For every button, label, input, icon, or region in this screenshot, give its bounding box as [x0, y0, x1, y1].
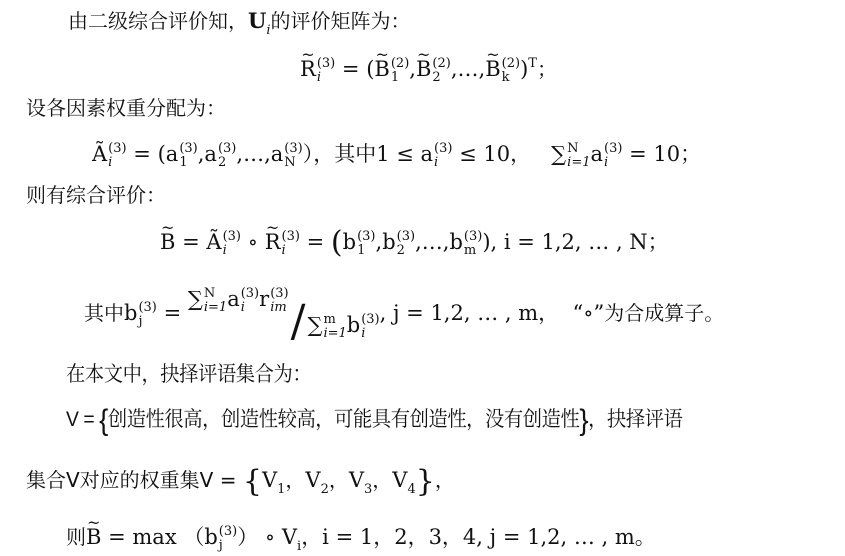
weight-intro: 设各因素权重分配为： [26, 98, 226, 118]
composite-intro: 则有综合评价： [26, 185, 166, 205]
equation-a-vector: Ã(3)i = (a(3)1,a(3)2,…,a(3)N），其中1 ≤ a(3)… [92, 142, 701, 169]
equation-b-composite: B = Ã(3)i ∘ R(3)i = (b(3)1,b(3)2,…,b(3)m… [160, 228, 669, 258]
equation-r-matrix: R(3)i = (B(2)1,B(2)2,…,B(2)k)T； [300, 57, 557, 84]
weight-set: 集合V对应的权重集V = {V1，V2，V3，V4}， [26, 467, 455, 497]
equation-max-result: 则B = max （b(3)j） ∘ Vi，i = 1，2，3，4, j = 1… [66, 525, 656, 552]
evaluation-set: V = {创造性很高，创造性较高，可能具有创造性，没有创造性}，抉择评语 [66, 406, 736, 436]
evaluation-set-intro: 在本文中，抉择评语集合为： [66, 364, 333, 385]
sum-symbol: ∑ [551, 142, 566, 166]
intro-sentence: 由二级综合评价知，Ui的评价矩阵为： [68, 10, 411, 32]
fraction-slash: / [291, 296, 306, 347]
equation-bj-definition: 其中b(3)j = ∑Ni=1a(3)ir(3)im/∑mi=1b(3)i, j… [84, 300, 724, 344]
composition-operator: ∘ [248, 230, 258, 254]
